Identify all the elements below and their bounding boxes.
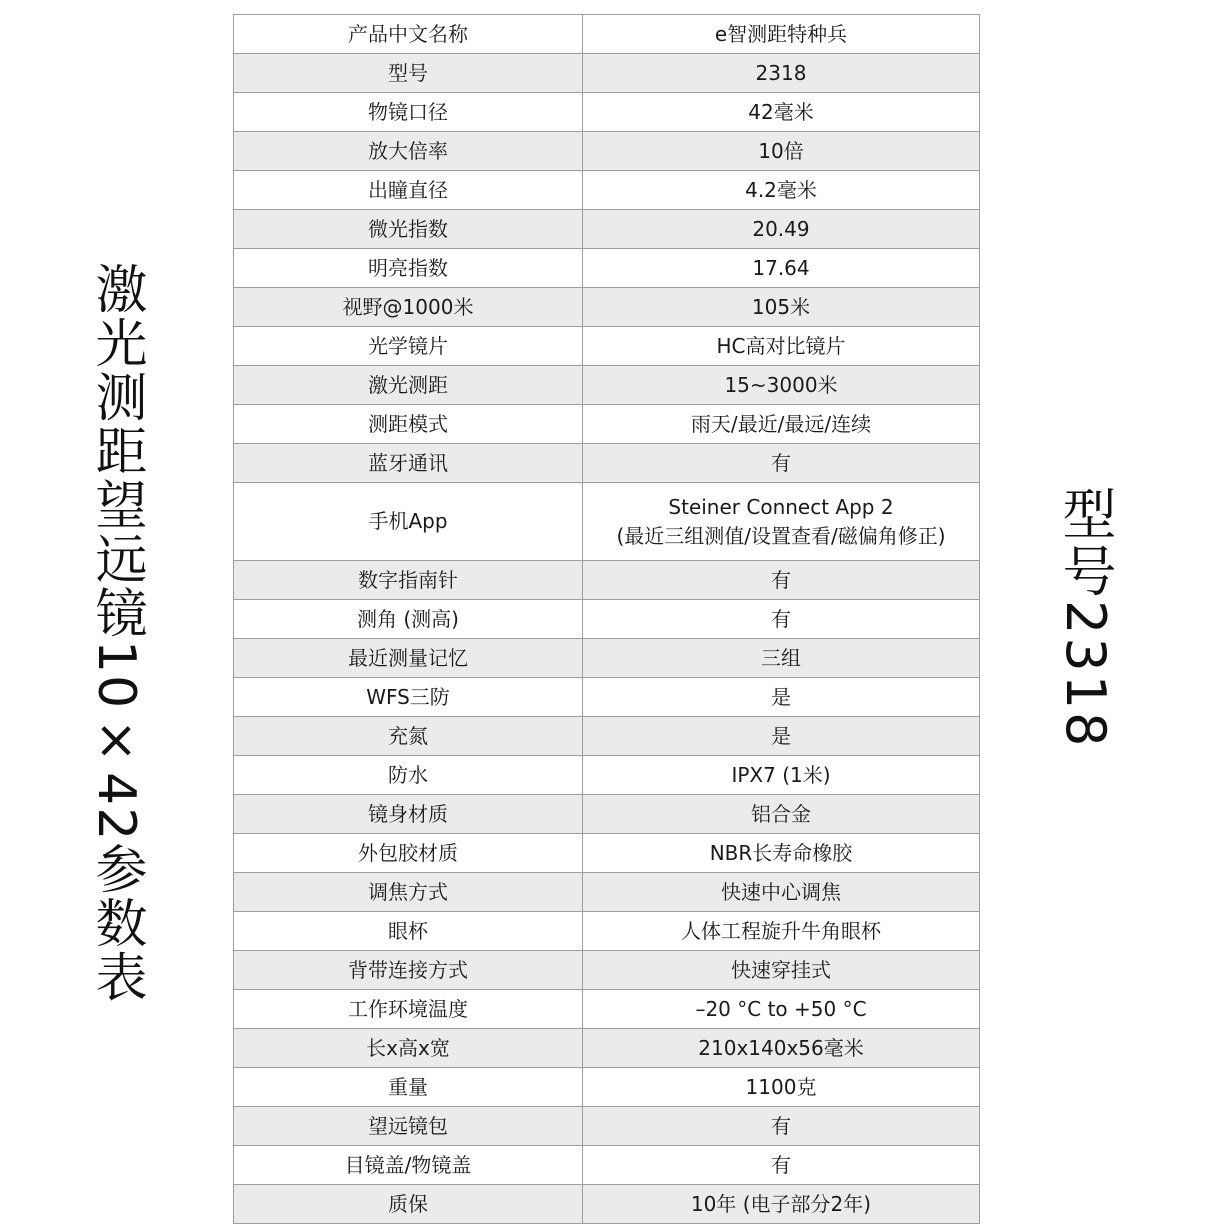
spec-value: 铝合金: [583, 795, 980, 834]
table-row: 最近测量记忆三组: [234, 639, 980, 678]
spec-label: 明亮指数: [234, 249, 583, 288]
spec-label: WFS三防: [234, 678, 583, 717]
table-row: 手机AppSteiner Connect App 2(最近三组测值/设置查看/磁…: [234, 483, 980, 561]
spec-label: 质保: [234, 1185, 583, 1224]
table-row: 出瞳直径4.2毫米: [234, 171, 980, 210]
spec-label: 数字指南针: [234, 561, 583, 600]
spec-label: 镜身材质: [234, 795, 583, 834]
spec-value: 210x140x56毫米: [583, 1029, 980, 1068]
spec-label: 物镜口径: [234, 93, 583, 132]
spec-label: 微光指数: [234, 210, 583, 249]
spec-value: e智测距特种兵: [583, 15, 980, 54]
spec-label: 防水: [234, 756, 583, 795]
table-row: 外包胶材质NBR长寿命橡胶: [234, 834, 980, 873]
table-row: 长x高x宽210x140x56毫米: [234, 1029, 980, 1068]
spec-value: 雨天/最近/最远/连续: [583, 405, 980, 444]
spec-label: 外包胶材质: [234, 834, 583, 873]
spec-label: 激光测距: [234, 366, 583, 405]
spec-value: 有: [583, 600, 980, 639]
table-row: 质保10年 (电子部分2年): [234, 1185, 980, 1224]
spec-label: 望远镜包: [234, 1107, 583, 1146]
spec-value: –20 °C to +50 °C: [583, 990, 980, 1029]
spec-value: 快速穿挂式: [583, 951, 980, 990]
spec-value: 42毫米: [583, 93, 980, 132]
spec-value: 17.64: [583, 249, 980, 288]
spec-value: 有: [583, 444, 980, 483]
spec-table: 产品中文名称e智测距特种兵型号2318物镜口径42毫米放大倍率10倍出瞳直径4.…: [233, 14, 980, 1224]
spec-value: 有: [583, 1107, 980, 1146]
spec-label: 长x高x宽: [234, 1029, 583, 1068]
table-row: 视野@1000米105米: [234, 288, 980, 327]
spec-label: 背带连接方式: [234, 951, 583, 990]
spec-label: 目镜盖/物镜盖: [234, 1146, 583, 1185]
spec-value: 10年 (电子部分2年): [583, 1185, 980, 1224]
table-row: 明亮指数17.64: [234, 249, 980, 288]
table-row: WFS三防是: [234, 678, 980, 717]
table-row: 型号2318: [234, 54, 980, 93]
table-row: 光学镜片HC高对比镜片: [234, 327, 980, 366]
spec-value: 4.2毫米: [583, 171, 980, 210]
spec-label: 出瞳直径: [234, 171, 583, 210]
right-vertical-title: 型号2318: [1058, 486, 1112, 749]
spec-value: 15~3000米: [583, 366, 980, 405]
spec-value: 1100克: [583, 1068, 980, 1107]
table-row: 测角 (测高)有: [234, 600, 980, 639]
spec-value: HC高对比镜片: [583, 327, 980, 366]
spec-value: 快速中心调焦: [583, 873, 980, 912]
table-row: 镜身材质铝合金: [234, 795, 980, 834]
table-row: 物镜口径42毫米: [234, 93, 980, 132]
spec-value: NBR长寿命橡胶: [583, 834, 980, 873]
spec-label: 放大倍率: [234, 132, 583, 171]
spec-value: 105米: [583, 288, 980, 327]
table-row: 目镜盖/物镜盖有: [234, 1146, 980, 1185]
spec-label: 测距模式: [234, 405, 583, 444]
table-row: 背带连接方式快速穿挂式: [234, 951, 980, 990]
table-row: 测距模式雨天/最近/最远/连续: [234, 405, 980, 444]
table-row: 调焦方式快速中心调焦: [234, 873, 980, 912]
spec-value: Steiner Connect App 2(最近三组测值/设置查看/磁偏角修正): [583, 483, 980, 561]
spec-label: 手机App: [234, 483, 583, 561]
table-row: 蓝牙通讯有: [234, 444, 980, 483]
spec-label: 视野@1000米: [234, 288, 583, 327]
spec-label: 测角 (测高): [234, 600, 583, 639]
spec-table-body: 产品中文名称e智测距特种兵型号2318物镜口径42毫米放大倍率10倍出瞳直径4.…: [234, 15, 980, 1224]
spec-label: 产品中文名称: [234, 15, 583, 54]
spec-label: 眼杯: [234, 912, 583, 951]
table-row: 工作环境温度–20 °C to +50 °C: [234, 990, 980, 1029]
spec-value: 是: [583, 717, 980, 756]
spec-label: 调焦方式: [234, 873, 583, 912]
table-row: 产品中文名称e智测距特种兵: [234, 15, 980, 54]
spec-label: 最近测量记忆: [234, 639, 583, 678]
table-row: 激光测距15~3000米: [234, 366, 980, 405]
spec-value: 有: [583, 561, 980, 600]
table-row: 防水IPX7 (1米): [234, 756, 980, 795]
spec-label: 充氮: [234, 717, 583, 756]
spec-value: 20.49: [583, 210, 980, 249]
spec-label: 型号: [234, 54, 583, 93]
table-row: 重量1100克: [234, 1068, 980, 1107]
spec-value: 有: [583, 1146, 980, 1185]
table-row: 微光指数20.49: [234, 210, 980, 249]
left-vertical-title: 激光测距望远镜10×42参数表: [90, 262, 142, 1004]
table-row: 眼杯人体工程旋升牛角眼杯: [234, 912, 980, 951]
spec-value: 10倍: [583, 132, 980, 171]
table-row: 望远镜包有: [234, 1107, 980, 1146]
spec-value: IPX7 (1米): [583, 756, 980, 795]
table-row: 充氮是: [234, 717, 980, 756]
table-row: 放大倍率10倍: [234, 132, 980, 171]
spec-value: 2318: [583, 54, 980, 93]
spec-label: 工作环境温度: [234, 990, 583, 1029]
spec-value-line1: Steiner Connect App 2: [589, 493, 973, 522]
spec-value: 是: [583, 678, 980, 717]
spec-label: 重量: [234, 1068, 583, 1107]
spec-value-line2: (最近三组测值/设置查看/磁偏角修正): [589, 522, 973, 551]
table-row: 数字指南针有: [234, 561, 980, 600]
spec-value: 三组: [583, 639, 980, 678]
spec-label: 蓝牙通讯: [234, 444, 583, 483]
spec-value: 人体工程旋升牛角眼杯: [583, 912, 980, 951]
spec-label: 光学镜片: [234, 327, 583, 366]
